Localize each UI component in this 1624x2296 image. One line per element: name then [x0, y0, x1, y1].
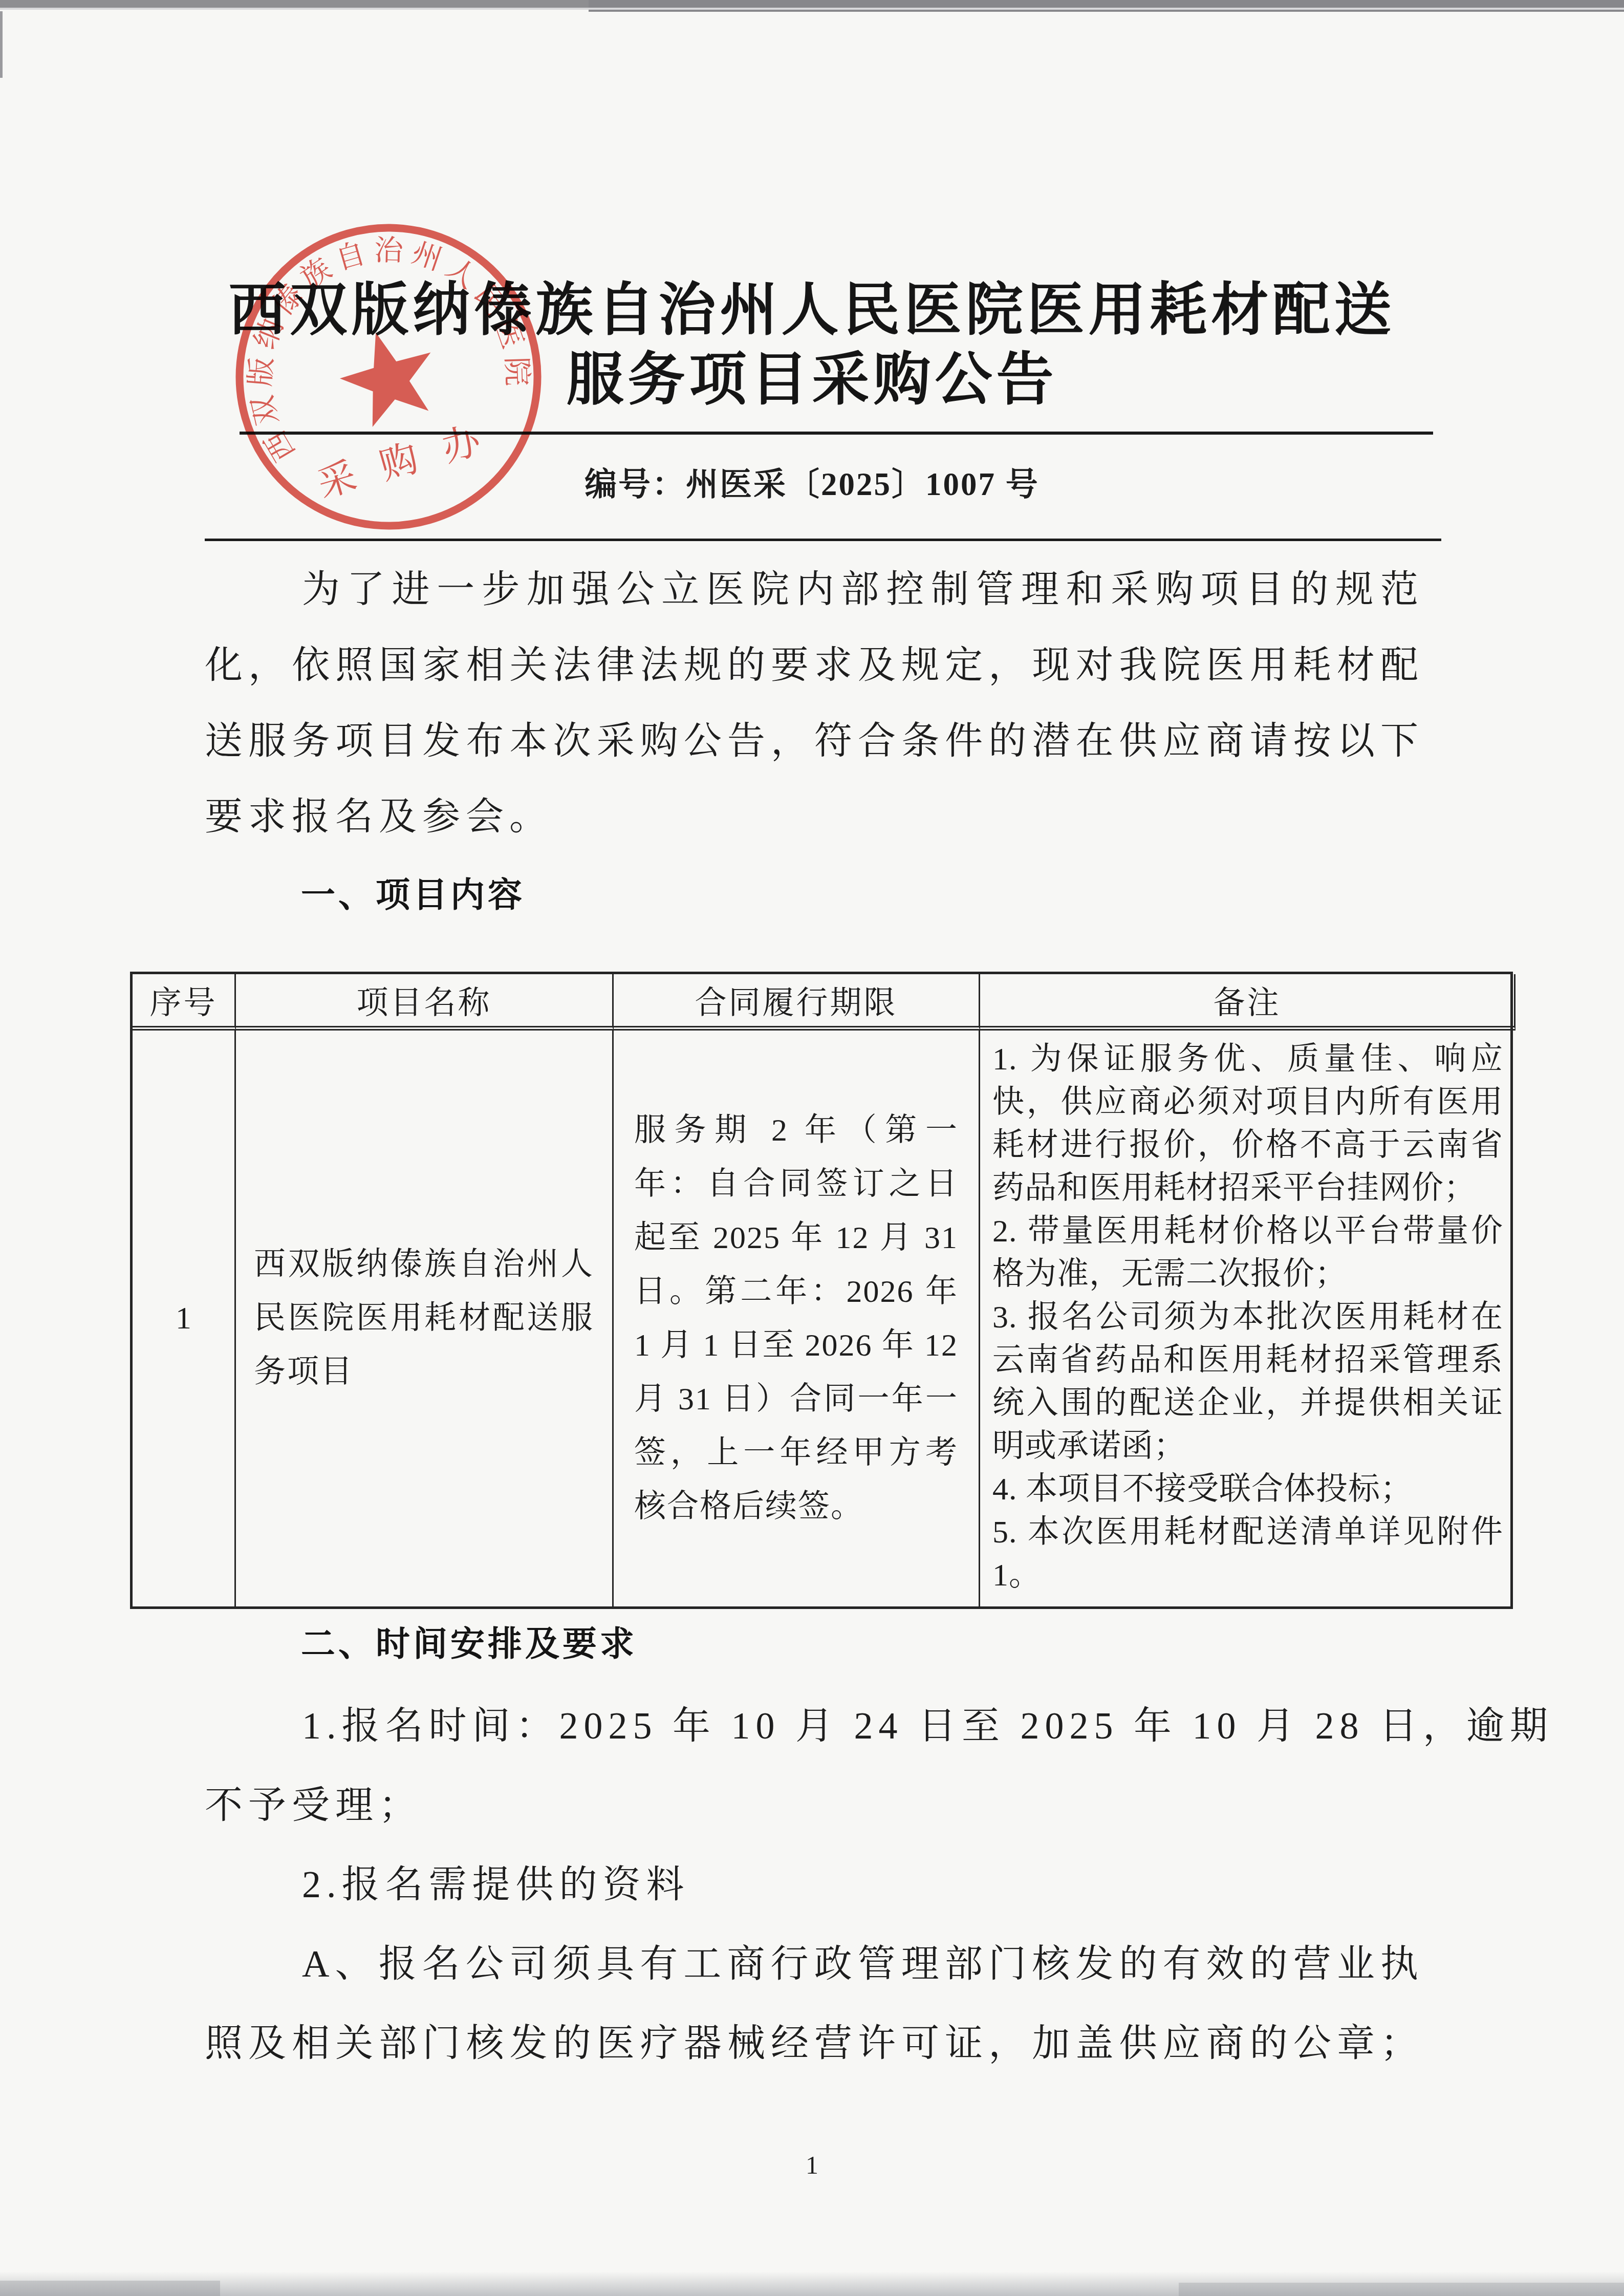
section1-heading: 一、项目内容 — [205, 868, 1520, 917]
section2-line: A、报名公司须具有工商行政管理部门核发的有效的营业执 — [205, 1925, 1424, 2004]
intro-line: 要求报名及参会。 — [205, 779, 1424, 855]
scan-edge-bottom-left — [0, 2281, 220, 2296]
table-cell-seq: 1 — [133, 1031, 236, 1606]
remark-item: 5. 本次医用耗材配送清单详见附件 1。 — [992, 1511, 1503, 1597]
table-cell-remarks: 1. 为保证服务优、质量佳、响应快，供应商必须对项目内所有医用耗材进行报价，价格… — [980, 1031, 1515, 1606]
table-header-remarks: 备注 — [980, 974, 1515, 1031]
intro-paragraph: 为了进一步加强公立医院内部控制管理和采购项目的规范 化，依照国家相关法律法规的要… — [205, 552, 1424, 855]
scan-edge-left — [0, 11, 3, 78]
intro-line: 化，依照国家相关法律法规的要求及规定，现对我院医用耗材配 — [205, 628, 1424, 703]
intro-line: 送服务项目发布本次采购公告，符合条件的潜在供应商请按以下 — [205, 703, 1424, 779]
table-cell-project-name: 西双版纳傣族自治州人民医院医用耗材配送服务项目 — [236, 1031, 614, 1606]
section2-line: 2.报名需提供的资料 — [205, 1846, 1424, 1925]
section2-line: 不予受理； — [205, 1766, 1424, 1846]
section2-heading: 二、时间安排及要求 — [205, 1617, 1520, 1666]
intro-line: 为了进一步加强公立医院内部控制管理和采购项目的规范 — [205, 552, 1424, 628]
scan-edge-top-dark — [589, 0, 1624, 12]
remark-item: 3. 报名公司须为本批次医用耗材在云南省药品和医用耗材招采管理系统入围的配送企业… — [992, 1296, 1503, 1468]
project-table: 序号 项目名称 合同履行期限 备注 1 西双版纳傣族自治州人民医院医用耗材配送服… — [130, 972, 1513, 1609]
contract-term-text: 服务期 2 年（第一年：自合同签订之日起至 2025 年 12 月 31 日。第… — [634, 1104, 958, 1534]
section2-line: 1.报名时间：2025 年 10 月 24 日至 2025 年 10 月 28 … — [205, 1687, 1424, 1766]
stamp-star-icon — [330, 319, 446, 432]
table-cell-contract-term: 服务期 2 年（第一年：自合同签订之日起至 2025 年 12 月 31 日。第… — [614, 1031, 980, 1606]
scan-edge-top-light — [0, 8, 1624, 10]
table-header-project-name: 项目名称 — [236, 974, 614, 1031]
remark-item: 2. 带量医用耗材价格以平台带量价格为准，无需二次报价； — [992, 1210, 1503, 1296]
page-number: 1 — [154, 2150, 1470, 2180]
remark-item: 4. 本项目不接受联合体投标； — [992, 1468, 1503, 1511]
project-name-text: 西双版纳傣族自治州人民医院医用耗材配送服务项目 — [254, 1238, 594, 1399]
document-page: 西双版纳傣族自治州人民医院 采购办 西双版纳傣族自治州人民医院医用耗材配送 服务… — [0, 0, 1624, 2296]
section2-paragraph: 1.报名时间：2025 年 10 月 24 日至 2025 年 10 月 28 … — [205, 1687, 1424, 2084]
table-header-contract-term: 合同履行期限 — [614, 974, 980, 1031]
remark-item: 1. 为保证服务优、质量佳、响应快，供应商必须对项目内所有医用耗材进行报价，价格… — [992, 1038, 1503, 1210]
scan-edge-bottom-right — [1179, 2283, 1624, 2296]
section2-line: 照及相关部门核发的医疗器械经营许可证，加盖供应商的公章； — [205, 2004, 1424, 2084]
official-stamp-icon: 西双版纳傣族自治州人民医院 采购办 — [191, 180, 585, 573]
table-header-seq: 序号 — [133, 974, 236, 1031]
